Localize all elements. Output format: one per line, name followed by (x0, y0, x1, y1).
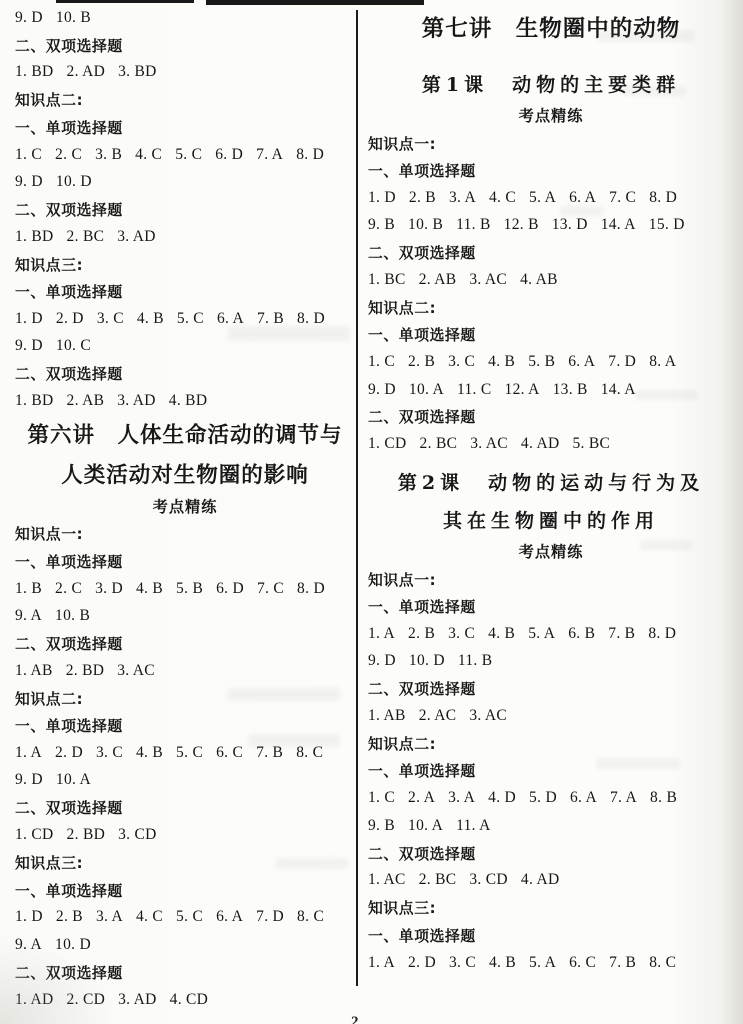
answer-item: 1. C (368, 789, 395, 807)
question-type: 一、单项选择题 (15, 548, 355, 575)
question-type: 二、双项选择题 (15, 794, 355, 821)
answer-item: 8. D (296, 146, 324, 164)
question-type: 一、单项选择题 (15, 278, 355, 305)
lesson-title: 第1课 动物的主要类群 (368, 70, 734, 100)
answer-line: 1. BD2. BC3. AD (15, 223, 355, 250)
answer-item: 7. A (256, 146, 283, 164)
answer-item: 2. CD (67, 991, 106, 1009)
question-type: 一、单项选择题 (368, 757, 734, 784)
answer-item: 9. D (15, 771, 43, 789)
answer-item: 6. C (569, 954, 596, 972)
answer-item: 9. D (368, 381, 396, 399)
answer-item: 1. BD (15, 228, 54, 246)
answer-item: 3. C (449, 954, 476, 972)
answer-item: 3. AD (117, 228, 156, 246)
answer-item: 10. D (409, 652, 445, 670)
answer-item: 1. A (368, 954, 395, 972)
answer-line: 9. D10. A11. C12. A13. B14. A (368, 376, 734, 403)
answer-item: 3. AC (117, 662, 155, 680)
question-type: 一、单项选择题 (368, 321, 734, 348)
answer-line: 9. A10. B (15, 602, 355, 629)
answer-item: 4. C (135, 146, 162, 164)
answer-item: 6. A (569, 189, 596, 207)
question-type: 二、双项选择题 (368, 839, 734, 866)
answer-item: 2. BD (66, 662, 105, 680)
answer-item: 1. A (15, 744, 42, 762)
answer-line: 9. D10. D11. B (368, 648, 734, 675)
answer-item: 3. A (448, 789, 475, 807)
answer-item: 9. A (15, 936, 42, 954)
answer-item: 3. B (95, 146, 122, 164)
answer-item: 8. B (650, 789, 677, 807)
answer-line: 1. D2. D3. C4. B5. C6. A7. B8. D (15, 305, 355, 332)
answer-item: 7. B (609, 954, 636, 972)
answer-item: 2. B (408, 625, 435, 643)
answer-item: 4. B (136, 580, 163, 598)
answer-item: 3. D (95, 580, 123, 598)
answer-item: 3. A (96, 908, 123, 926)
answer-item: 8. C (649, 954, 676, 972)
question-type: 二、双项选择题 (15, 630, 355, 657)
answer-item: 1. C (368, 353, 395, 371)
knowledge-point: 知识点二: (368, 730, 734, 757)
answer-line: 9. D10. B (15, 4, 355, 31)
answer-item: 6. A (570, 789, 597, 807)
answer-item: 1. AD (15, 991, 54, 1009)
knowledge-point: 知识点二: (15, 685, 355, 712)
answer-item: 12. B (504, 216, 539, 234)
practice-label: 考点精练 (368, 102, 734, 129)
knowledge-point: 知识点一: (368, 129, 734, 156)
answer-item: 2. B (56, 908, 83, 926)
answer-line: 1. C2. B3. C4. B5. B6. A7. D8. A (368, 349, 734, 376)
answer-item: 5. BC (572, 435, 610, 453)
answer-item: 11. B (456, 216, 491, 234)
answer-item: 7. C (257, 580, 284, 598)
answer-item: 13. D (552, 216, 588, 234)
answer-item: 3. C (448, 625, 475, 643)
answer-item: 5. A (529, 189, 556, 207)
answer-item: 1. AB (368, 707, 406, 725)
section-title: 第七讲 生物圈中的动物 (368, 12, 734, 46)
knowledge-point: 知识点二: (368, 294, 734, 321)
answer-line: 9. B10. B11. B12. B13. D14. A15. D (368, 212, 734, 239)
answer-item: 6. A (216, 908, 243, 926)
answer-item: 9. B (368, 216, 395, 234)
section-title: 人类活动对生物圈的影响 (15, 461, 355, 491)
answer-item: 4. C (136, 908, 163, 926)
answer-item: 15. D (649, 216, 685, 234)
answer-item: 1. BC (368, 271, 406, 289)
column-divider-rule (356, 10, 358, 986)
answer-item: 6. C (216, 744, 243, 762)
answer-item: 4. D (488, 789, 516, 807)
answer-item: 2. D (56, 310, 84, 328)
answer-item: 8. D (648, 625, 676, 643)
answer-line: 9. D10. D (15, 168, 355, 195)
answer-line: 1. D2. B3. A4. C5. C6. A7. D8. C (15, 904, 355, 931)
answer-item: 1. D (368, 189, 396, 207)
answer-item: 3. AD (117, 392, 156, 410)
answer-item: 1. D (15, 310, 43, 328)
answer-item: 1. AB (15, 662, 53, 680)
answer-item: 3. CD (118, 826, 157, 844)
answer-item: 6. D (216, 580, 244, 598)
answer-item: 9. A (15, 607, 42, 625)
lesson-title: 其在生物圈中的作用 (368, 506, 734, 536)
answer-item: 1. BD (15, 392, 54, 410)
answer-item: 5. C (177, 310, 204, 328)
answer-line: 1. A2. D3. C4. B5. C6. C7. B8. C (15, 739, 355, 766)
answer-item: 8. D (297, 310, 325, 328)
answer-item: 6. D (215, 146, 243, 164)
answer-item: 10. A (56, 771, 91, 789)
answer-item: 5. A (528, 625, 555, 643)
question-type: 一、单项选择题 (15, 876, 355, 903)
answer-line: 9. D10. C (15, 333, 355, 360)
answer-item: 2. AD (67, 63, 106, 81)
answer-item: 10. B (56, 9, 91, 27)
answer-item: 4. CD (170, 991, 209, 1009)
answer-item: 10. A (408, 817, 443, 835)
knowledge-point: 知识点三: (15, 251, 355, 278)
answer-line: 1. CD2. BD3. CD (15, 822, 355, 849)
answer-line: 1. D2. B3. A4. C5. A6. A7. C8. D (368, 184, 734, 211)
answer-item: 1. BD (15, 63, 54, 81)
question-type: 一、单项选择题 (15, 712, 355, 739)
answer-line: 9. A10. D (15, 931, 355, 958)
answer-item: 5. B (528, 353, 555, 371)
answer-item: 2. BC (419, 871, 457, 889)
answer-line: 1. BC2. AB3. AC4. AB (368, 266, 734, 293)
answer-item: 5. C (175, 146, 202, 164)
answer-item: 5. D (529, 789, 557, 807)
answer-item: 2. C (55, 580, 82, 598)
answer-item: 11. A (456, 817, 491, 835)
question-type: 二、双项选择题 (15, 31, 355, 58)
answer-line: 1. AB2. BD3. AC (15, 657, 355, 684)
answer-item: 14. A (601, 216, 636, 234)
answer-item: 3. AC (469, 271, 507, 289)
answer-item: 3. CD (469, 871, 508, 889)
answer-item: 1. B (15, 580, 42, 598)
answer-item: 2. D (408, 954, 436, 972)
answer-item: 9. D (15, 9, 43, 27)
answer-item: 1. D (15, 908, 43, 926)
answer-item: 8. C (296, 744, 323, 762)
answer-item: 10. D (56, 173, 92, 191)
answer-item: 10. D (55, 936, 91, 954)
answer-item: 6. A (217, 310, 244, 328)
answer-item: 4. B (136, 744, 163, 762)
answer-item: 3. BD (118, 63, 157, 81)
answer-line: 1. CD2. BC3. AC4. AD5. BC (368, 431, 734, 458)
answer-item: 1. A (368, 625, 395, 643)
answer-item: 2. C (55, 146, 82, 164)
answer-item: 7. D (256, 908, 284, 926)
question-type: 二、双项选择题 (368, 675, 734, 702)
answer-item: 7. B (256, 744, 283, 762)
answer-item: 3. A (449, 189, 476, 207)
answer-item: 5. C (176, 744, 203, 762)
knowledge-point: 知识点三: (368, 894, 734, 921)
answer-line: 1. B2. C3. D4. B5. B6. D7. C8. D (15, 575, 355, 602)
answer-item: 4. B (488, 625, 515, 643)
answer-item: 3. AC (470, 435, 508, 453)
answer-item: 7. D (608, 353, 636, 371)
question-type: 二、双项选择题 (15, 959, 355, 986)
answer-item: 4. AB (520, 271, 558, 289)
right-column: 第七讲 生物圈中的动物第1课 动物的主要类群考点精练知识点一:一、单项选择题1.… (368, 6, 734, 976)
answer-item: 5. B (176, 580, 203, 598)
knowledge-point: 知识点二: (15, 86, 355, 113)
answer-item: 2. A (408, 789, 435, 807)
scanned-answer-page: 9. D10. B二、双项选择题1. BD2. AD3. BD知识点二:一、单项… (0, 0, 743, 1024)
answer-item: 12. A (505, 381, 540, 399)
answer-item: 8. C (297, 908, 324, 926)
answer-item: 2. AB (67, 392, 105, 410)
question-type: 二、双项选择题 (368, 403, 734, 430)
knowledge-point: 知识点三: (15, 849, 355, 876)
answer-item: 3. C (96, 744, 123, 762)
answer-item: 14. A (601, 381, 636, 399)
answer-item: 7. C (609, 189, 636, 207)
section-title: 第六讲 人体生命活动的调节与 (15, 421, 355, 451)
answer-line: 1. BD2. AD3. BD (15, 59, 355, 86)
answer-line: 1. AD2. CD3. AD4. CD (15, 986, 355, 1013)
question-type: 二、双项选择题 (368, 239, 734, 266)
answer-item: 10. B (55, 607, 90, 625)
answer-item: 9. B (368, 817, 395, 835)
question-type: 一、单项选择题 (368, 593, 734, 620)
answer-line: 1. BD2. AB3. AD4. BD (15, 387, 355, 414)
answer-item: 3. C (448, 353, 475, 371)
answer-line: 9. D10. A (15, 767, 355, 794)
answer-item: 11. B (458, 652, 493, 670)
answer-item: 1. CD (368, 435, 407, 453)
answer-item: 4. B (488, 353, 515, 371)
answer-line: 1. C2. C3. B4. C5. C6. D7. A8. D (15, 141, 355, 168)
answer-item: 1. CD (15, 826, 54, 844)
answer-item: 1. AC (368, 871, 406, 889)
lesson-title: 第2课 动物的运动与行为及 (368, 468, 734, 498)
answer-item: 2. BC (67, 228, 105, 246)
answer-item: 6. A (568, 353, 595, 371)
answer-line: 1. A2. B3. C4. B5. A6. B7. B8. D (368, 620, 734, 647)
knowledge-point: 知识点一: (15, 520, 355, 547)
answer-item: 11. C (457, 381, 492, 399)
question-type: 二、双项选择题 (15, 196, 355, 223)
answer-item: 10. C (56, 337, 91, 355)
answer-item: 4. B (489, 954, 516, 972)
answer-item: 4. C (489, 189, 516, 207)
answer-item: 2. BC (420, 435, 458, 453)
answer-item: 2. B (409, 189, 436, 207)
answer-item: 8. D (297, 580, 325, 598)
answer-item: 10. A (409, 381, 444, 399)
answer-item: 13. B (553, 381, 588, 399)
answer-item: 9. D (15, 337, 43, 355)
answer-item: 2. AC (419, 707, 457, 725)
question-type: 一、单项选择题 (368, 922, 734, 949)
answer-item: 8. A (649, 353, 676, 371)
answer-item: 6. B (568, 625, 595, 643)
answer-item: 4. AD (521, 435, 560, 453)
answer-item: 2. D (55, 744, 83, 762)
question-type: 一、单项选择题 (15, 114, 355, 141)
answer-item: 3. C (97, 310, 124, 328)
answer-line: 1. AC2. BC3. CD4. AD (368, 867, 734, 894)
answer-item: 10. B (408, 216, 443, 234)
answer-item: 7. B (257, 310, 284, 328)
answer-item: 4. B (137, 310, 164, 328)
answer-item: 7. A (610, 789, 637, 807)
answer-line: 9. B10. A11. A (368, 812, 734, 839)
left-column: 9. D10. B二、双项选择题1. BD2. AD3. BD知识点二:一、单项… (15, 4, 355, 1013)
answer-item: 3. AD (118, 991, 157, 1009)
answer-item: 9. D (368, 652, 396, 670)
answer-item: 3. AC (469, 707, 507, 725)
page-number-partial: 2 (351, 1014, 360, 1024)
question-type: 二、双项选择题 (15, 360, 355, 387)
answer-item: 4. BD (169, 392, 208, 410)
answer-item: 1. C (15, 146, 42, 164)
answer-item: 4. AD (521, 871, 560, 889)
practice-label: 考点精练 (15, 493, 355, 520)
scan-edge-artifact (56, 0, 194, 3)
answer-item: 8. D (649, 189, 677, 207)
answer-item: 2. B (408, 353, 435, 371)
answer-line: 1. A2. D3. C4. B5. A6. C7. B8. C (368, 949, 734, 976)
answer-item: 2. BD (67, 826, 106, 844)
answer-item: 5. C (176, 908, 203, 926)
answer-item: 9. D (15, 173, 43, 191)
practice-label: 考点精练 (368, 538, 734, 565)
answer-line: 1. C2. A3. A4. D5. D6. A7. A8. B (368, 785, 734, 812)
answer-line: 1. AB2. AC3. AC (368, 702, 734, 729)
question-type: 一、单项选择题 (368, 157, 734, 184)
answer-item: 2. AB (419, 271, 457, 289)
answer-item: 5. A (529, 954, 556, 972)
answer-item: 7. B (608, 625, 635, 643)
knowledge-point: 知识点一: (368, 565, 734, 592)
